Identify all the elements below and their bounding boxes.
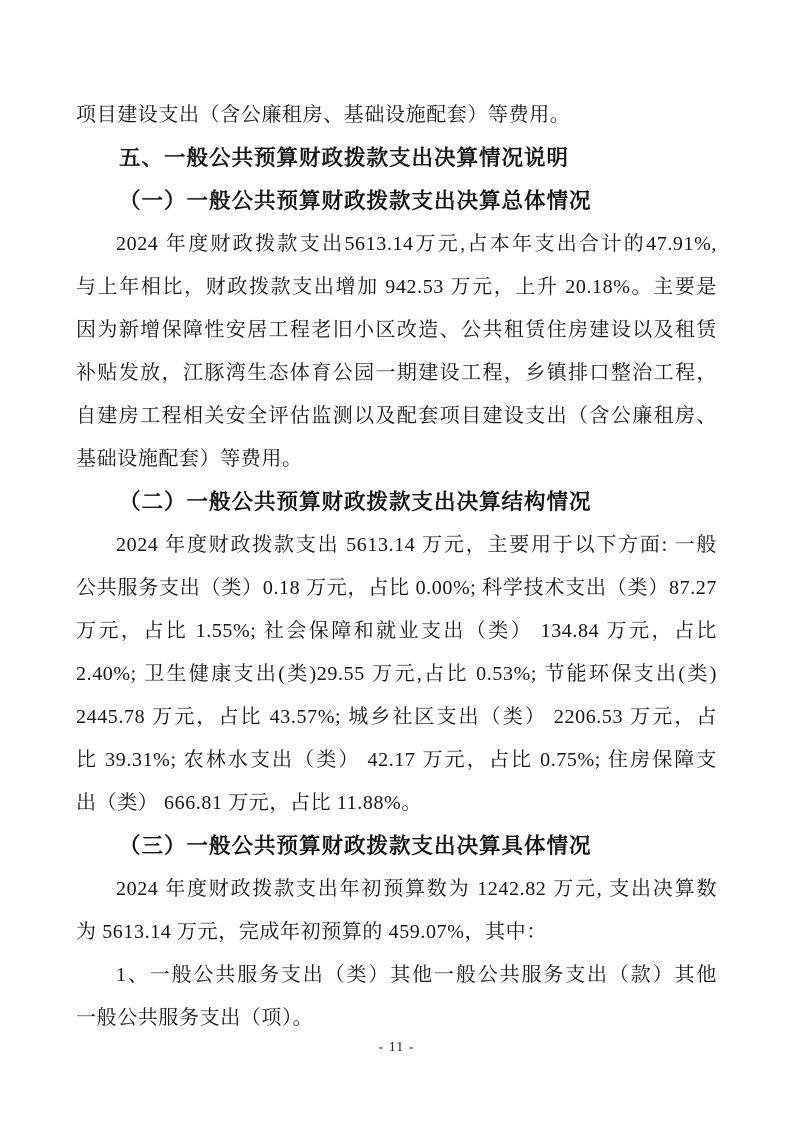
body-line: 一般公共服务支出（项）。 [76,997,717,1040]
document-page: 项目建设支出（含公廉租房、基础设施配套）等费用。 五、一般公共预算财政拨款支出决… [0,0,793,1122]
body-line: 1、一般公共服务支出（类）其他一般公共服务支出（款）其他 [76,954,717,997]
body-line: 2.40%; 卫生健康支出(类)29.55 万元,占比 0.53%; 节能环保支… [76,653,717,696]
body-line: 万元，占比 1.55%; 社会保障和就业支出（类） 134.84 万元，占比 [76,610,717,653]
body-line: 出（类） 666.81 万元，占比 11.88%。 [76,782,717,825]
body-line: 公共服务支出（类）0.18 万元，占比 0.00%; 科学技术支出（类）87.2… [76,567,717,610]
body-line: 2024 年度财政拨款支出年初预算数为 1242.82 万元, 支出决算数 [76,868,717,911]
body-line: 为 5613.14 万元，完成年初预算的 459.07%，其中： [76,911,717,954]
body-line: 2024 年度财政拨款支出5613.14万元,占本年支出合计的47.91%, [76,223,717,266]
heading-line: 五、一般公共预算财政拨款支出决算情况说明 [76,137,717,180]
heading-line: （一）一般公共预算财政拨款支出决算总体情况 [76,180,717,223]
body-line: 2024 年度财政拨款支出 5613.14 万元，主要用于以下方面: 一般 [76,524,717,567]
page-number: - 11 - [0,1038,793,1058]
body-line: 比 39.31%; 农林水支出（类） 42.17 万元，占比 0.75%; 住房… [76,739,717,782]
heading-line: （三）一般公共预算财政拨款支出决算具体情况 [76,825,717,868]
body-line: 因为新增保障性安居工程老旧小区改造、公共租赁住房建设以及租赁 [76,309,717,352]
body-line: 项目建设支出（含公廉租房、基础设施配套）等费用。 [76,94,717,137]
document-body: 项目建设支出（含公廉租房、基础设施配套）等费用。 五、一般公共预算财政拨款支出决… [76,94,717,1040]
body-line: 2445.78 万元，占比 43.57%; 城乡社区支出（类） 2206.53 … [76,696,717,739]
body-line: 基础设施配套）等费用。 [76,438,717,481]
heading-line: （二）一般公共预算财政拨款支出决算结构情况 [76,481,717,524]
body-line: 与上年相比，财政拨款支出增加 942.53 万元，上升 20.18%。主要是 [76,266,717,309]
body-line: 补贴发放，江豚湾生态体育公园一期建设工程，乡镇排口整治工程， [76,352,717,395]
body-line: 自建房工程相关安全评估监测以及配套项目建设支出（含公廉租房、 [76,395,717,438]
